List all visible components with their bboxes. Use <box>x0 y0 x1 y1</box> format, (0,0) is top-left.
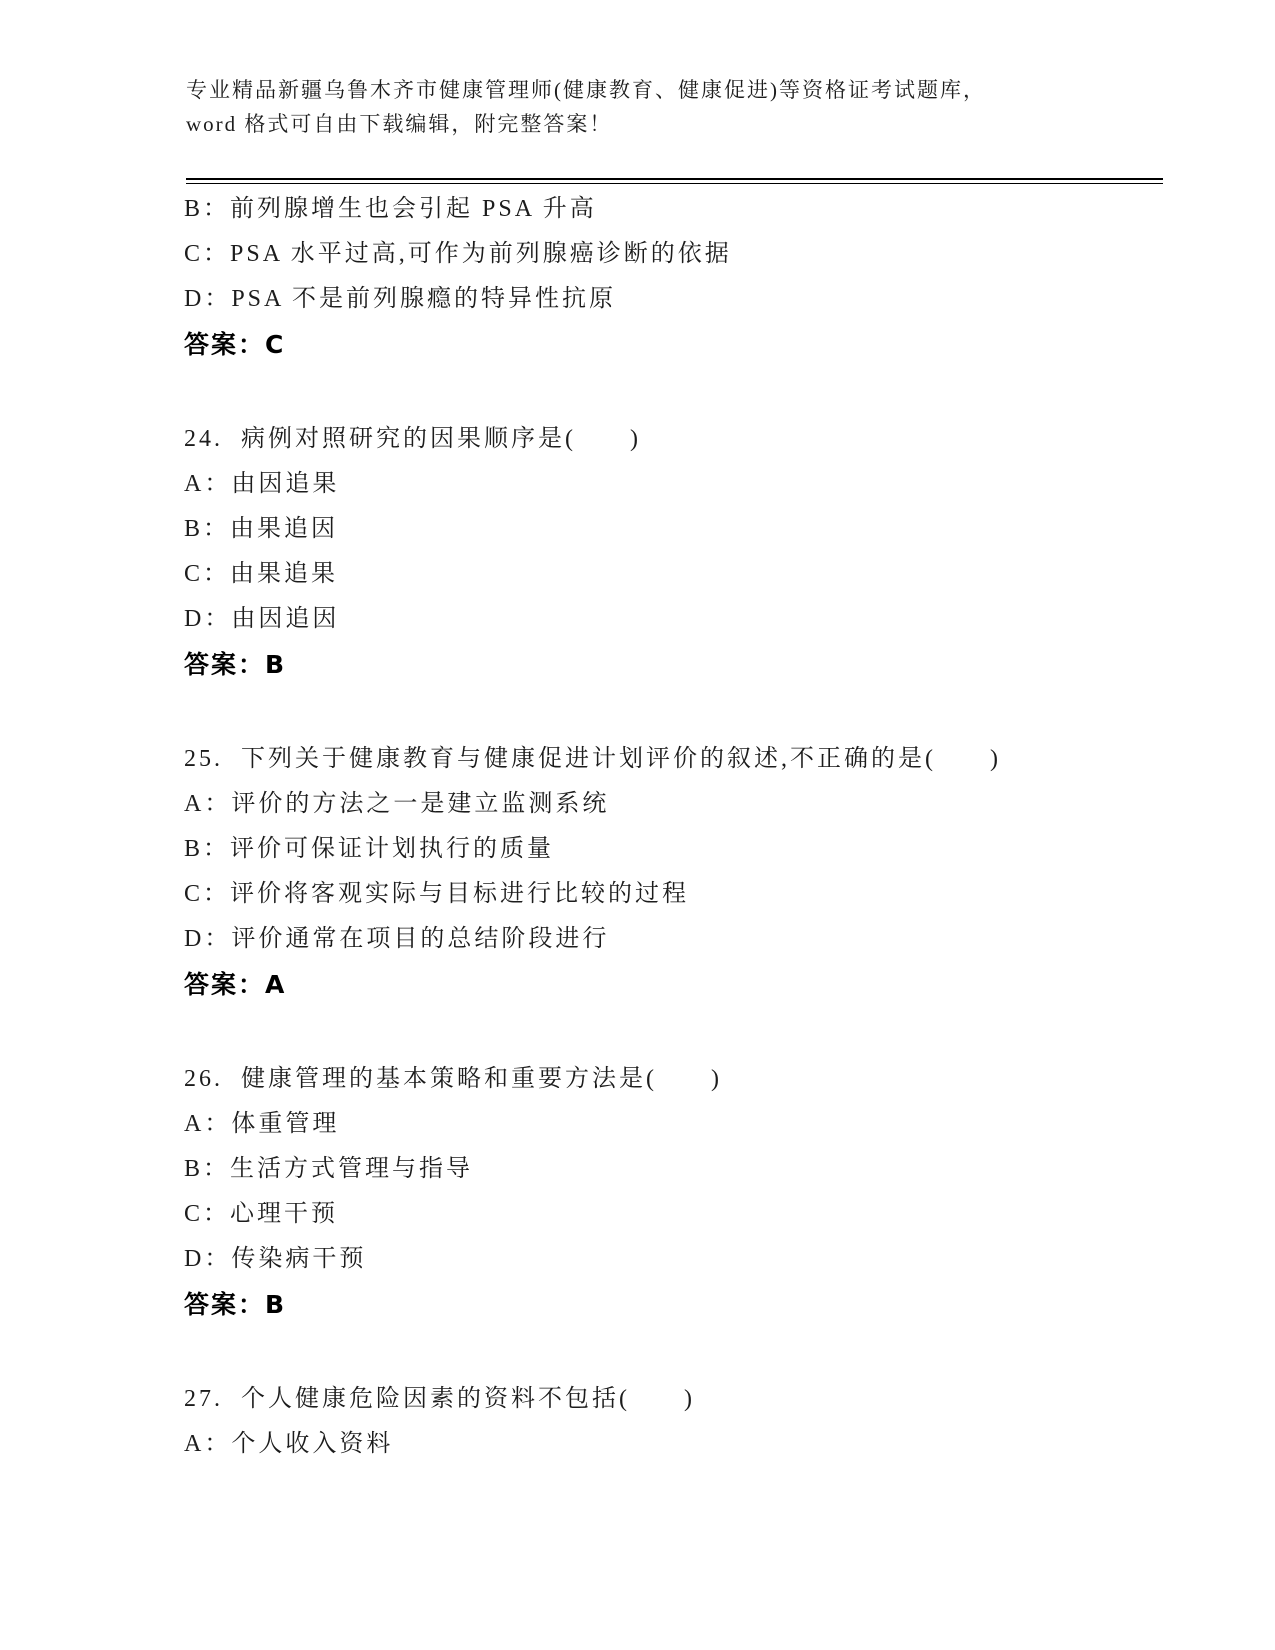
option-line-a: A：个人收入资料 <box>184 1422 1163 1467</box>
question-24-block: 24. 病例对照研究的因果顺序是( ) A：由因追果 B：由果追因 C：由果追果… <box>184 417 1163 687</box>
option-line-c: C：心理干预 <box>184 1192 1163 1237</box>
option-line-b: B：前列腺增生也会引起 PSA 升高 <box>184 187 1163 232</box>
header-line-1: 专业精品新疆乌鲁木齐市健康管理师(健康教育、健康促进)等资格证考试题库， <box>186 73 1163 107</box>
question-26-block: 26. 健康管理的基本策略和重要方法是( ) A：体重管理 B：生活方式管理与指… <box>184 1057 1163 1327</box>
option-line-d: D：PSA 不是前列腺瘾的特异性抗原 <box>184 277 1163 322</box>
question-25-block: 25. 下列关于健康教育与健康促进计划评价的叙述,不正确的是( ) A：评价的方… <box>184 737 1163 1007</box>
answer-line: 答案：B <box>184 642 1163 687</box>
document-page: 专业精品新疆乌鲁木齐市健康管理师(健康教育、健康促进)等资格证考试题库， wor… <box>0 0 1275 1650</box>
option-line-b: B：生活方式管理与指导 <box>184 1147 1163 1192</box>
option-line-b: B：由果追因 <box>184 507 1163 552</box>
page-header: 专业精品新疆乌鲁木齐市健康管理师(健康教育、健康促进)等资格证考试题库， wor… <box>0 0 1275 141</box>
option-line-a: A：评价的方法之一是建立监测系统 <box>184 782 1163 827</box>
option-line-d: D：传染病干预 <box>184 1237 1163 1282</box>
option-line-d: D：评价通常在项目的总结阶段进行 <box>184 917 1163 962</box>
option-line-c: C：PSA 水平过高,可作为前列腺癌诊断的依据 <box>184 232 1163 277</box>
question-list: B：前列腺增生也会引起 PSA 升高 C：PSA 水平过高,可作为前列腺癌诊断的… <box>0 184 1275 1467</box>
question-stem: 24. 病例对照研究的因果顺序是( ) <box>184 417 1163 462</box>
question-stem: 25. 下列关于健康教育与健康促进计划评价的叙述,不正确的是( ) <box>184 737 1163 782</box>
option-line-c: C：由果追果 <box>184 552 1163 597</box>
question-stem: 27. 个人健康危险因素的资料不包括( ) <box>184 1377 1163 1422</box>
question-27-block: 27. 个人健康危险因素的资料不包括( ) A：个人收入资料 <box>184 1377 1163 1467</box>
answer-line: 答案：A <box>184 962 1163 1007</box>
option-line-d: D：由因追因 <box>184 597 1163 642</box>
question-23-block: B：前列腺增生也会引起 PSA 升高 C：PSA 水平过高,可作为前列腺癌诊断的… <box>184 187 1163 367</box>
answer-line: 答案：C <box>184 322 1163 367</box>
option-line-a: A：体重管理 <box>184 1102 1163 1147</box>
answer-line: 答案：B <box>184 1282 1163 1327</box>
header-line-2: word 格式可自由下载编辑，附完整答案！ <box>186 107 1163 141</box>
question-stem: 26. 健康管理的基本策略和重要方法是( ) <box>184 1057 1163 1102</box>
option-line-c: C：评价将客观实际与目标进行比较的过程 <box>184 872 1163 917</box>
option-line-a: A：由因追果 <box>184 462 1163 507</box>
option-line-b: B：评价可保证计划执行的质量 <box>184 827 1163 872</box>
